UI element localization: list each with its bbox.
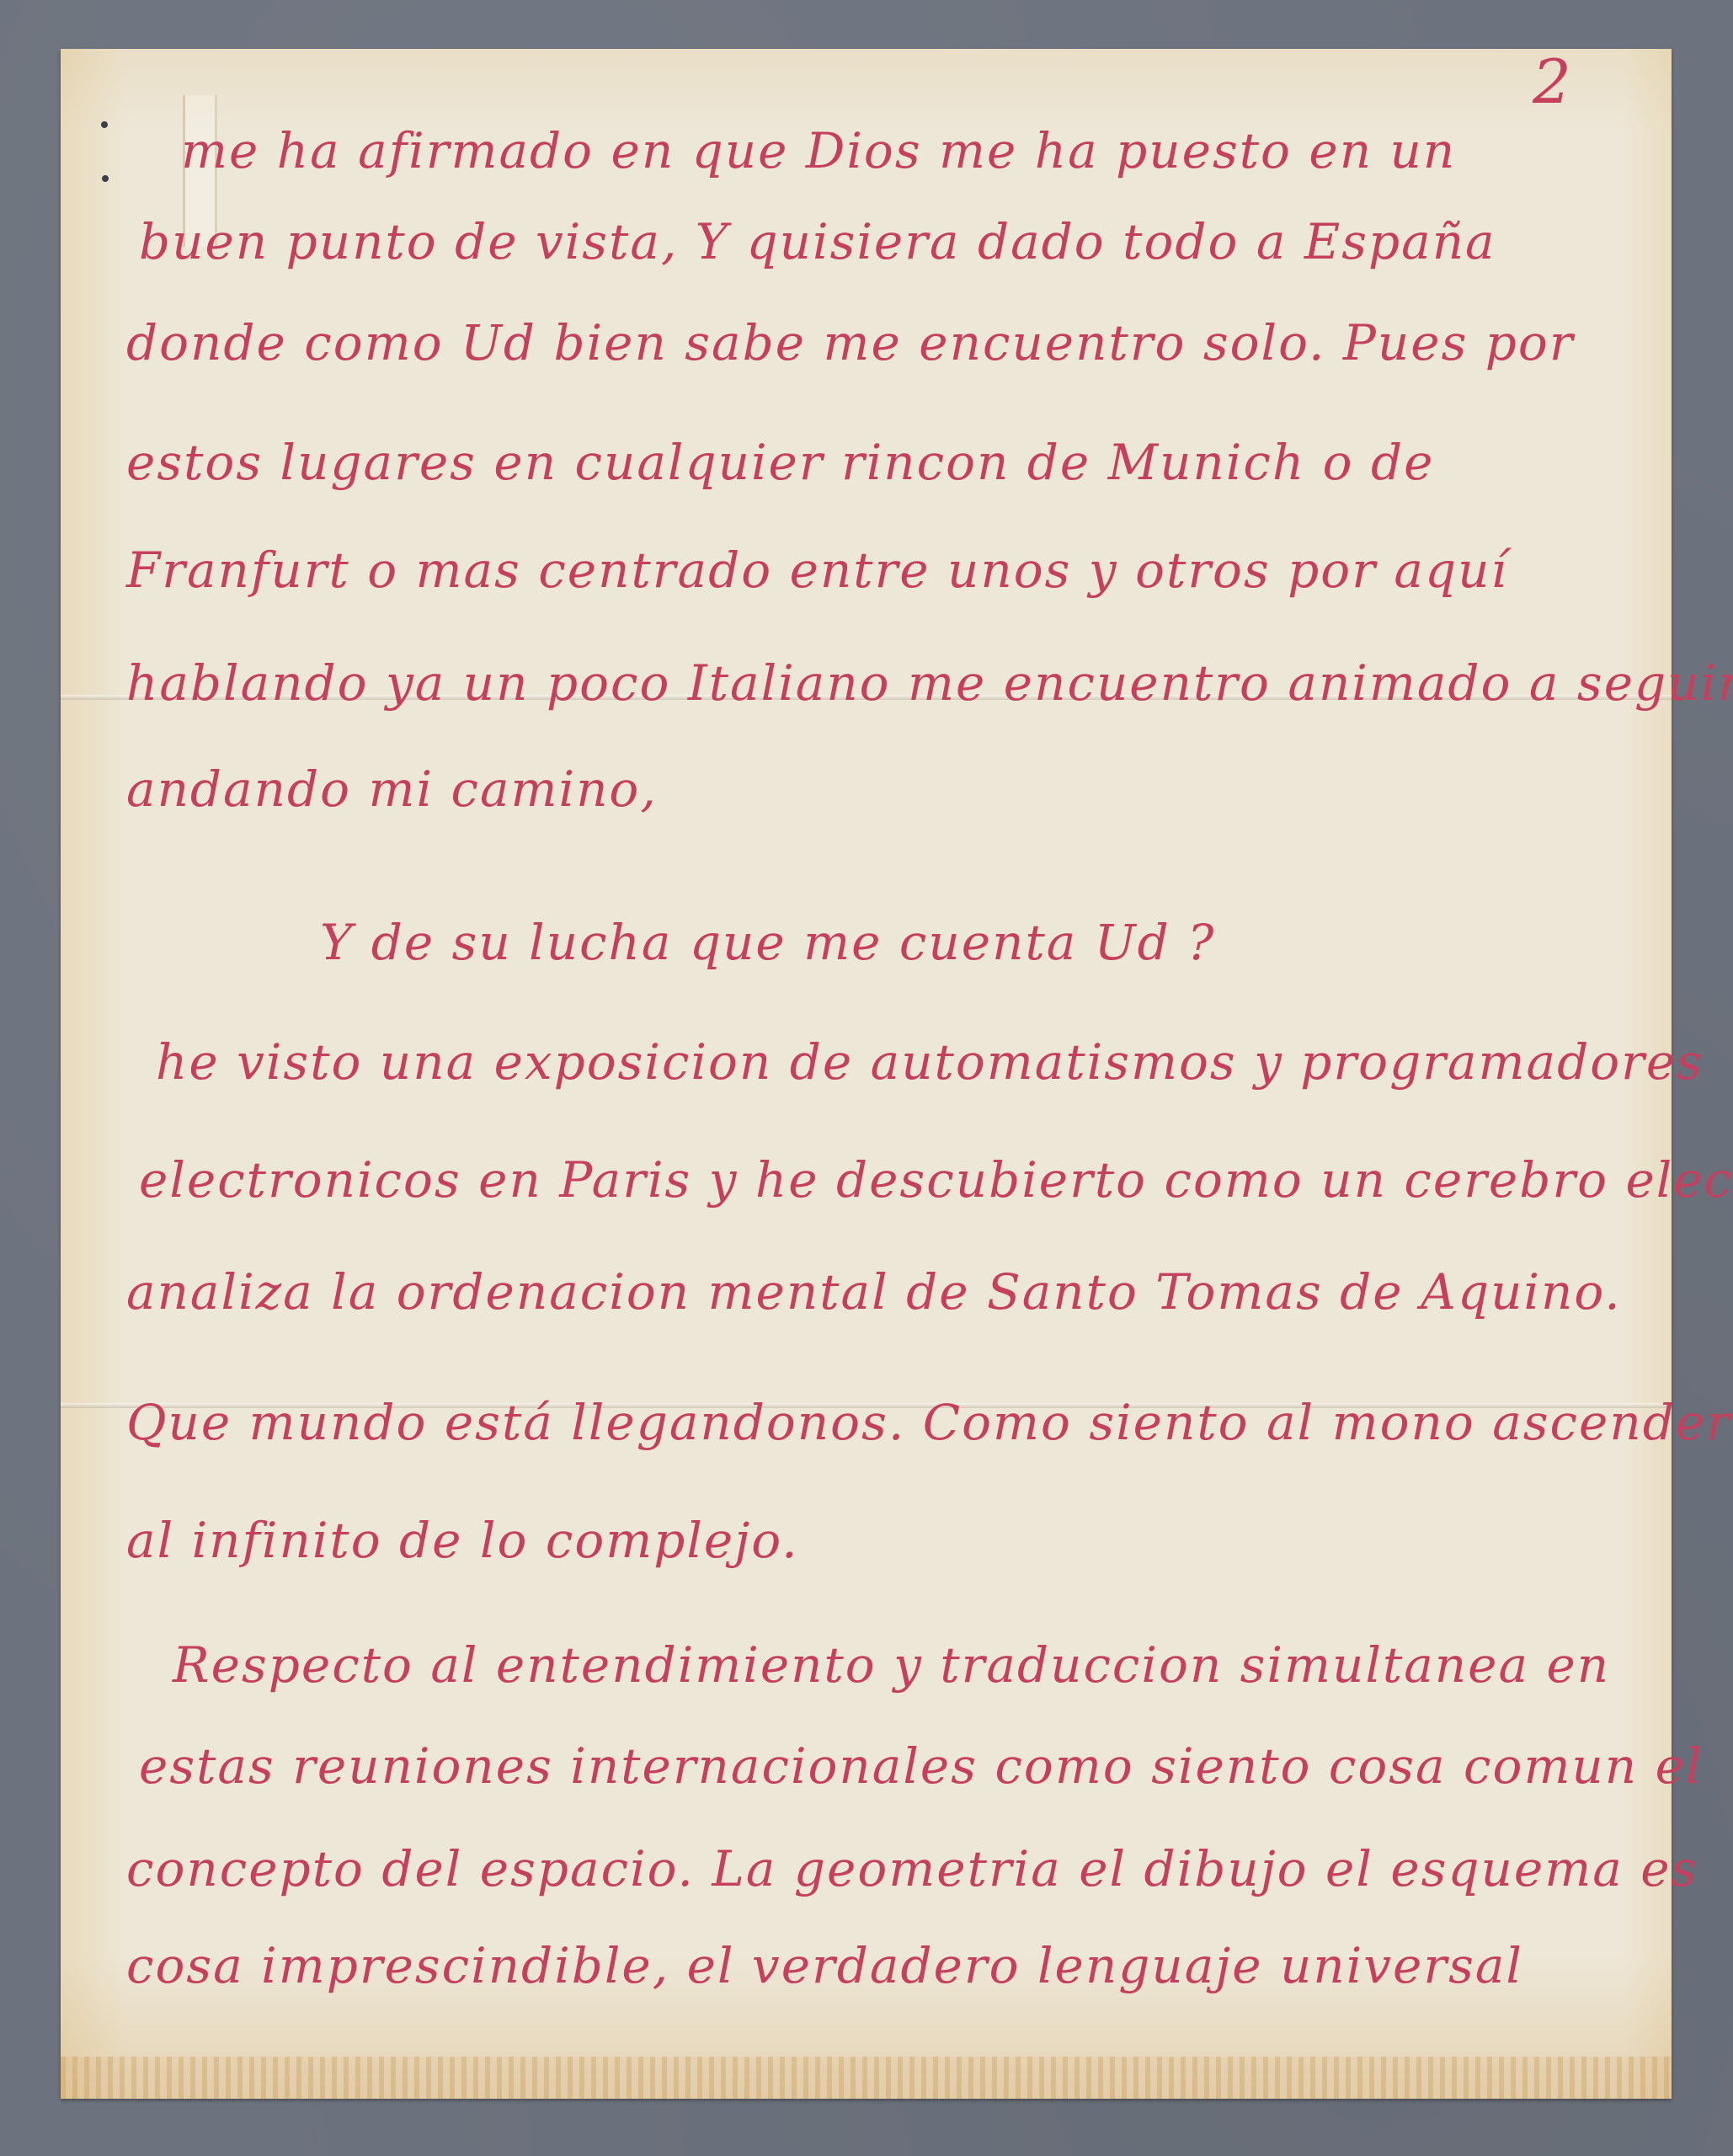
pin-hole	[101, 121, 108, 128]
text-line: andando mi camino,	[126, 765, 658, 814]
text-line: al infinito de lo complejo.	[126, 1516, 799, 1565]
text-line: Franfurt o mas centrado entre unos y otr…	[126, 546, 1508, 595]
text-line: analiza la ordenacion mental de Santo To…	[126, 1267, 1622, 1316]
text-line: donde como Ud bien sabe me encuentro sol…	[126, 318, 1575, 367]
bottom-edge-stain	[61, 2057, 1672, 2099]
text-line: electronicos en Paris y he descubierto c…	[139, 1155, 1733, 1204]
text-line: buen punto de vista, Y quisiera dado tod…	[139, 217, 1496, 266]
text-line: estas reuniones internacionales como sie…	[139, 1742, 1703, 1790]
text-line: Y de su lucha que me cuenta Ud ?	[320, 918, 1215, 967]
text-line: concepto del espacio. La geometria el di…	[126, 1844, 1698, 1893]
text-line: Respecto al entendimiento y traduccion s…	[173, 1641, 1610, 1689]
text-line: Que mundo está llegandonos. Como siento …	[126, 1398, 1731, 1447]
pin-hole	[102, 175, 109, 182]
page-number: 2	[1533, 46, 1571, 117]
text-line: estos lugares en cualquier rincon de Mun…	[126, 438, 1434, 487]
text-line: hablando ya un poco Italiano me encuentr…	[126, 659, 1733, 707]
text-line: cosa imprescindible, el verdadero lengua…	[126, 1941, 1523, 1990]
text-line: he visto una exposicion de automatismos …	[156, 1038, 1704, 1086]
text-line: me ha afirmado en que Dios me ha puesto …	[181, 126, 1456, 175]
